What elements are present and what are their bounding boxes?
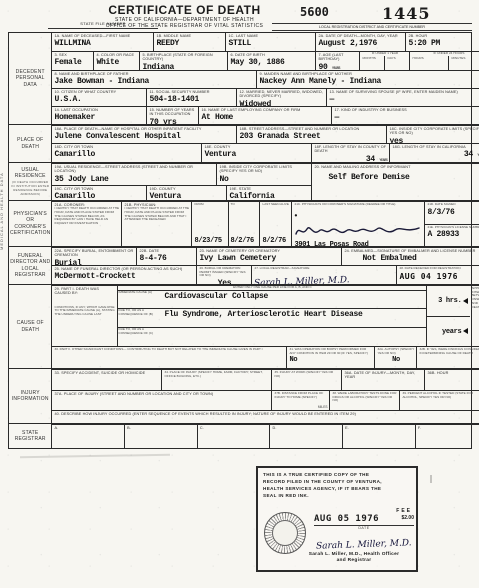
date-caption: DATE [314,526,414,530]
field-value: At Home [201,113,329,122]
local-district-number: 5600 [300,5,329,19]
cause-b-value: Flu Syndrome, Arteriosclerotic Heart Dis… [164,310,362,319]
field-value: Ventura [204,150,309,159]
field-label: 19E. STATE [229,187,309,191]
field-value: Camarillo [54,192,144,201]
field-operation: 31. WAS OPERATION OR BIOPSY PERFORMED FO… [287,347,375,368]
field-label: 26. BURIAL OR CREMATION PERMIT ISSUED (S… [199,267,249,278]
field-value: Burial [54,259,134,265]
certified-copy-stamp: THIS IS A TRUE CERTIFIED COPY OF THE REC… [256,466,418,572]
miles-unit: MILES [318,405,328,409]
field-burial-date: 22B. DATE 8-4-76 [137,248,197,265]
state-reg-cell-e: E. [343,425,416,448]
field-part2-conditions: 30. PART II. OTHER SIGNIFICANT CONDITION… [52,347,287,368]
field-label: 4. COLOR OR RACE [96,53,137,57]
field-value: Camarillo [54,150,199,159]
field-value: Nackey Ann Manely - Indiana [259,77,479,86]
residence-city-row: 19C. CITY OR TOWN Camarillo 19D. COUNTY … [52,186,311,202]
field-cemetery: 23. NAME OF CEMETERY OR CREMATORY Ivy La… [197,248,342,265]
field-label: 18D. CITY OR TOWN [54,145,199,149]
row-injury-describe: 40. DESCRIBE HOW INJURY OCCURRED (ENTER … [52,411,479,424]
field-value: McDermott-Crockett [54,272,194,281]
field-death-city: 18D. CITY OR TOWN Camarillo [52,144,202,162]
row-occupation: 14. LAST OCCUPATION Homemaker 15. NUMBER… [52,107,479,125]
cause-left-notes: 29. PART I. DEATH WAS CAUSED BY: CONDITI… [52,286,118,346]
field-label: 24. EMBALMED—SIGNATURE OF EMBALMER AND L… [344,249,479,253]
field-value: No [219,175,309,184]
coroner-certification-text: I CERTIFY THAT DEATH OCCURRED AT THE HOU… [54,207,119,226]
county-seal-inner [272,520,298,546]
field-autopsy: 32A. AUTOPSY (SPECIFY YES OR NO) No [375,347,417,368]
minutes-label: MINUTES [451,57,479,61]
interval-a: 3 hrs. [427,286,470,316]
field-value: 203 Granada Street [239,132,384,141]
field-residence-county: 19D. COUNTY Ventura [147,186,227,202]
field-label: 18E. COUNTY [204,145,309,149]
field-value: 8/2/76 [262,237,289,245]
age-unit: YEARS [332,66,340,70]
attended-dates: FROM 8/23/75 TO 8/2/76 LAST SEEN ALIVE 8… [192,202,292,246]
fee-label: FEE [396,508,412,514]
field-value: White [96,58,137,67]
due-to-label-b: DUE TO, OR AS A CONSEQUENCE OF (B) [118,309,164,316]
section-label-state-registrar: STATE REGISTRAR [9,424,51,448]
field-label: 18A. PLACE OF DEATH—NAME OF HOSPITAL OR … [54,127,234,131]
field-value: August 2,1976 [318,39,403,48]
cell-label: F. [418,426,479,430]
stamp-text-line: HEALTH SERVICES AGENCY, IF IT BEARS THE [263,486,411,493]
field-label: 11. SOCIAL SECURITY NUMBER [149,90,234,94]
field-alcohol-level: 39. PERCENT ALCOHOL IF TESTED (STATE FOR… [400,391,479,410]
field-label: 30. PART II. OTHER SIGNIFICANT CONDITION… [54,348,284,352]
field-label: 19A. USUAL RESIDENCE—STREET ADDRESS (STR… [54,165,214,174]
officer-line-2: and Registrar [292,558,416,564]
field-label: 16. NAME OF LAST EMPLOYING COMPANY OR FI… [201,108,329,112]
interval-note: APPROXIMATE INTERVAL BETWEEN ONSET AND D… [471,287,479,309]
field-label: 17. KIND OF INDUSTRY OR BUSINESS [334,108,479,112]
section-label-usual-residence: USUAL RESIDENCE (IF DEATH OCCURRED IN IN… [9,163,51,201]
physician-certification-text: I CERTIFY THAT DEATH OCCURRED AT THE HOU… [124,207,189,222]
field-label: 19B. INSIDE CITY CORPORATE LIMITS (SPECI… [219,165,309,174]
physician-signature: • [294,205,422,241]
field-injury-location: 37A. PLACE OF INJURY (STREET AND NUMBER … [52,391,272,410]
field-label: 28. DATE RECEIVED FOR REGISTRATION [399,267,479,271]
field-label: 27. LOCAL REGISTRAR—SIGNATURE [254,267,394,271]
field-place-of-death-street: 18B. STREET ADDRESS—STREET AND NUMBER OR… [237,126,387,143]
field-surviving-spouse: 13. NAME OF SURVIVING SPOUSE (IF WIFE, E… [327,89,479,106]
field-value: Widowed [239,100,324,106]
cell-label: A. [54,426,122,430]
field-value: Indiana [142,63,225,70]
cause-lines: ENTER ONLY ONE CAUSE PER LINE FOR A, B, … [118,286,426,346]
interval-column: 3 hrs. years [426,286,470,346]
immediate-cause-label: IMMEDIATE CAUSE (A) [118,291,164,295]
cause-line-a: IMMEDIATE CAUSE (A) Cardiovascular Colla… [118,291,426,310]
county-seal-icon [264,512,306,554]
field-injury-date: 36A. DATE OF INJURY—MONTH, DAY, YEAR [342,370,425,390]
certificate-number: 1445 [382,4,431,23]
residence-subgrid: 19A. USUAL RESIDENCE—STREET ADDRESS (STR… [52,164,312,200]
field-value: — [329,95,479,104]
field-value: No [289,356,372,364]
field-label: 36B. HOUR [427,371,479,375]
death-certificate-document: CERTIFICATE OF DEATH STATE OF CALIFORNIA… [0,0,479,588]
stamp-date-block: FEE $2.00 AUG 05 1976 DATE [314,514,414,530]
state-reg-cell-c: C. [198,425,271,448]
field-last-name: 1C. LAST NAME STILL [226,33,316,51]
field-value: 34 YEARS [392,150,479,159]
field-value: Julene Convalescent Hospital [54,132,234,141]
field-label: 18F. LENGTH OF STAY IN COUNTY OF DEATH [314,145,387,154]
cause-a-value: Cardiovascular Collapse [164,292,268,301]
field-label: TO [231,203,258,207]
field-stay-in-county: 18F. LENGTH OF STAY IN COUNTY OF DEATH 3… [312,144,390,162]
state-reg-cell-b: B. [125,425,198,448]
interval-b: years [427,316,470,347]
attended-dates-row: FROM 8/23/75 TO 8/2/76 LAST SEEN ALIVE 8… [192,202,291,246]
field-label: 15. NUMBER OF YEARS IN THIS OCCUPATION [149,108,196,117]
field-funeral-director: 25. NAME OF FUNERAL DIRECTOR (OR PERSON … [52,266,197,284]
field-age-under-24-hours: IF UNDER 24 HOURS HOURS MINUTES [410,52,479,70]
field-sex: 3. SEX Female [52,52,94,70]
field-registration-date: 28. DATE RECEIVED FOR REGISTRATION AUG 0… [397,266,479,284]
row-citizen-ssn: 10. CITIZEN OF WHAT COUNTRY U.S.A. 11. S… [52,89,479,107]
section-label-place-of-death: PLACE OF DEATH [9,125,51,163]
field-value: Not Embalmed [362,254,479,263]
section-sidebar: DECEDENT PERSONAL DATA PLACE OF DEATH US… [9,33,52,448]
photocopy-smudge [20,454,170,459]
field-label: 10. CITIZEN OF WHAT COUNTRY [54,90,144,94]
field-label: 33. SPECIFY ACCIDENT, SUICIDE OR HOMICID… [54,371,159,375]
row-burial: 22A. SPECIFY BURIAL, ENTOMBMENT OR CREMA… [52,247,479,266]
field-label: 23. NAME OF CEMETERY OR CREMATORY [199,249,339,253]
field-first-name: 1A. NAME OF DECEASED—FIRST NAME WILLMINA [52,33,154,51]
health-officer-caption: Sarah L. Miller, M.D., Health Officer an… [292,552,416,564]
field-value: 35 Jody Lane [54,175,214,184]
stamp-text-line: SEAL IN RED INK. [263,493,411,500]
local-registration-label: LOCAL REGISTRATION DISTRICT AND CERTIFIC… [272,23,472,31]
arrow-icon [463,328,468,334]
field-residence-state: 19E. STATE California [227,186,311,202]
field-hour-of-death: 2B. HOUR 5:20 PM [406,33,479,51]
signature-bullet-icon: • [294,211,297,220]
field-label: 2B. HOUR [408,34,479,38]
field-value: A 28933 [427,230,479,239]
cause-line-b: DUE TO, OR AS A CONSEQUENCE OF (B) Flu S… [118,309,426,328]
field-value: 504-18-1401 [149,95,234,104]
enter-note: ENTER ONLY ONE CAUSE PER LINE FOR A, B, … [118,286,426,290]
days-label: DAYS [387,57,407,61]
field-label: 18G. LENGTH OF STAY IN CALIFORNIA [392,145,479,149]
fee-amount: $2.00 [401,515,414,521]
field-label: 36A. DATE OF INJURY—MONTH, DAY, YEAR [344,371,422,380]
field-marital-status: 12. MARRIED, NEVER MARRIED, WIDOWED, DIV… [237,89,327,106]
field-label: FROM [194,203,225,207]
row-place-of-death: 18A. PLACE OF DEATH—NAME OF HOSPITAL OR … [52,125,479,144]
row-injury-2: 37A. PLACE OF INJURY (STREET AND NUMBER … [52,391,479,411]
stamp-text-line: RECORD FILED IN THE COUNTY OF VENTURA, [263,479,411,486]
field-label: 39. PERCENT ALCOHOL IF TESTED (STATE FOR… [402,392,479,399]
field-label: 20. NAME AND MAILING ADDRESS OF INFORMAN… [314,165,479,169]
field-attended-to: TO 8/2/76 [229,202,261,246]
field-permit: 26. BURIAL OR CREMATION PERMIT ISSUED (S… [197,266,252,284]
field-value: STILL [228,39,313,48]
field-label: 38. WERE LABORATORY TESTS DONE FOR DRUGS… [332,392,397,403]
row-demographics: 3. SEX Female 4. COLOR OR RACE White 5. … [52,52,479,71]
field-label: 1C. LAST NAME [228,34,313,38]
field-label: 14. LAST OCCUPATION [54,108,144,112]
field-label: 6. DATE OF BIRTH [230,53,313,57]
field-father: 8. NAME AND BIRTHPLACE OF FATHER Jake Bo… [52,71,257,88]
field-value: REEDY [156,39,223,48]
field-value: 8/3/76 [427,208,479,217]
cell-label: E. [345,426,413,430]
field-physician-certification: 21B. PHYSICIAN: I CERTIFY THAT DEATH OCC… [122,202,192,246]
field-value: 90 YEARS [318,63,357,70]
months-label: MONTHS [362,57,382,61]
state-reg-cell-a: A. [52,425,125,448]
field-label: 35. INJURY AT WORK (SPECIFY YES OR NO) [274,371,339,378]
conditions-note: CONDITIONS, IF ANY, WHICH GAVE RISE TO T… [54,306,115,317]
field-race: 4. COLOR OR RACE White [94,52,140,70]
field-value: U.S.A. [54,95,144,104]
field-describe-injury: 40. DESCRIBE HOW INJURY OCCURRED (ENTER … [52,411,479,423]
field-label: 19C. CITY OR TOWN [54,187,144,191]
cause-line-c: DUE TO, OR AS A CONSEQUENCE OF (C) [118,328,426,346]
interval-a-value: 3 hrs. [438,297,461,305]
due-to-label-c: DUE TO, OR AS A CONSEQUENCE OF (C) [118,328,164,335]
field-age-under-1-year: IF UNDER 1 YEAR MONTHS DAYS [360,52,410,70]
field-label: 2A. DATE OF DEATH—MONTH, DAY, YEAR [318,34,403,38]
residence-label-text: USUAL RESIDENCE [10,167,50,180]
field-ssn: 11. SOCIAL SECURITY NUMBER 504-18-1401 [147,89,237,106]
field-years-in-occupation: 15. NUMBER OF YEARS IN THIS OCCUPATION 7… [147,107,199,124]
certifier-address-line1: 3901 Las Posas Road [294,241,422,246]
field-inside-city-limits-death: 18C. INSIDE CITY CORPORATE LIMITS (SPECI… [387,126,479,143]
state-reg-cell-f: F. [416,425,479,448]
field-label: 18C. INSIDE CITY CORPORATE LIMITS (SPECI… [389,127,479,136]
signed-license-col: 21D. DATE SIGNED 8/3/76 21E. PHYSICIAN'S… [425,202,479,246]
row-funeral-director: 25. NAME OF FUNERAL DIRECTOR (OR PERSON … [52,266,479,285]
field-residence-city: 19C. CITY OR TOWN Camarillo [52,186,147,202]
field-value: 8-4-76 [139,254,194,263]
field-coroner-certification: 21A. CORONER: I CERTIFY THAT DEATH OCCUR… [52,202,122,246]
field-value: 34 YEARS [314,155,387,162]
section-label-injury-information: INJURY INFORMATION [9,369,51,424]
row-state-registrar: A. B. C. D. E. F. [52,424,479,448]
row-certification: 21A. CORONER: I CERTIFY THAT DEATH OCCUR… [52,201,479,247]
field-date-of-death: 2A. DATE OF DEATH—MONTH, DAY, YEAR Augus… [316,33,406,51]
section-label-funeral-director: FUNERAL DIRECTOR AND LOCAL REGISTRAR [9,247,51,285]
field-label: 8. NAME AND BIRTHPLACE OF FATHER [54,72,254,76]
signature-text: Sarah L. Miller, M.D. [316,538,412,551]
field-value: — [334,113,479,122]
field-label: 1B. MIDDLE NAME [156,34,223,38]
stamp-date: AUG 05 1976 [314,514,414,524]
under24-subcells: HOURS MINUTES [410,56,479,70]
field-label: 3. SEX [54,53,91,57]
hours-label: HOURS [412,57,446,61]
field-industry: 17. KIND OF INDUSTRY OR BUSINESS — [332,107,479,124]
field-label: 25. NAME OF FUNERAL DIRECTOR (OR PERSON … [54,267,194,271]
field-value: May 30, 1886 [230,58,313,67]
field-autopsy-findings-used: 32B. IF YES, WERE FINDINGS CONSIDERED IN… [417,347,479,368]
field-injury-at-work: 35. INJURY AT WORK (SPECIFY YES OR NO) [272,370,342,390]
field-local-registrar-signature: 27. LOCAL REGISTRAR—SIGNATURE Sarah L. M… [252,266,397,284]
row-place-of-death-city: 18D. CITY OR TOWN Camarillo 18E. COUNTY … [52,144,479,163]
field-label: LAST SEEN ALIVE [262,203,289,207]
field-employer: 16. NAME OF LAST EMPLOYING COMPANY OR FI… [199,107,332,124]
field-label: 19D. COUNTY [149,187,224,191]
certificate-form: DECEDENT PERSONAL DATA PLACE OF DEATH US… [8,32,472,449]
signature-scrawl-icon [294,223,422,239]
field-residence-street: 19A. USUAL RESIDENCE—STREET ADDRESS (STR… [52,164,217,185]
field-value: WILLMINA [54,39,151,48]
field-certifier-signature: 21C. PHYSICIAN'S OR CORONER'S SIGNATURE … [292,202,425,246]
row-injury-1: 33. SPECIFY ACCIDENT, SUICIDE OR HOMICID… [52,369,479,391]
section-label-cause-of-death: CAUSE OF DEATH [9,285,51,369]
field-embalmed: 24. EMBALMED—SIGNATURE OF EMBALMER AND L… [342,248,479,265]
field-label: 21D. DATE SIGNED [427,203,479,207]
field-label: 21E. PHYSICIAN'S LICENSE NUMBER [427,226,479,230]
cell-label: B. [127,426,195,430]
registrar-signature: Sarah L. Miller, M.D. [254,275,350,284]
field-label: 22B. DATE [139,249,194,253]
row-cause-part2: 30. PART II. OTHER SIGNIFICANT CONDITION… [52,347,479,369]
field-value: yes [389,137,479,143]
field-label: 40. DESCRIBE HOW INJURY OCCURRED (ENTER … [54,412,479,416]
field-value: Female [54,58,91,67]
row-name: 1A. NAME OF DECEASED—FIRST NAME WILLMINA… [52,33,479,52]
field-inside-city-limits-residence: 19B. INSIDE CITY CORPORATE LIMITS (SPECI… [217,164,311,185]
field-label: 37A. PLACE OF INJURY (STREET AND NUMBER … [54,392,269,396]
field-label: 32B. IF YES, WERE FINDINGS CONSIDERED IN… [419,348,479,355]
field-label: 37B. DISTANCE FROM PLACE OF INJURY TO HO… [274,392,327,399]
health-officer-signature: Sarah L. Miller, M.D. [316,534,412,552]
field-place-of-death-name: 18A. PLACE OF DEATH—NAME OF HOSPITAL OR … [52,126,237,143]
field-license-number: 21E. PHYSICIAN'S LICENSE NUMBER A 28933 [425,224,479,247]
field-attended-from: FROM 8/23/75 [192,202,228,246]
field-injury-place-type: 34. PLACE OF INJURY (SPECIFY HOME, FARM,… [162,370,272,390]
edge-vertical-text: MEDICAL AND HEALTH DATA [0,172,4,250]
stay-unit: YEARS [379,158,387,162]
field-value: Ventura [149,192,224,201]
field-value: 8/23/75 [194,237,225,245]
row-residence: 19A. USUAL RESIDENCE—STREET ADDRESS (STR… [52,163,479,201]
field-label: 1A. NAME OF DECEASED—FIRST NAME [54,34,151,38]
field-label: 18B. STREET ADDRESS—STREET AND NUMBER OR… [239,127,384,131]
field-label: 32A. AUTOPSY (SPECIFY YES OR NO) [377,348,414,355]
field-value: California [229,192,309,201]
field-value: Self Before Demise [328,173,479,182]
cell-label: D. [272,426,340,430]
field-accident-type: 33. SPECIFY ACCIDENT, SUICIDE OR HOMICID… [52,370,162,390]
field-injury-hour: 36B. HOUR [425,370,479,390]
field-date-signed: 21D. DATE SIGNED 8/3/76 [425,202,479,224]
field-value: 70 yrs [149,118,196,124]
field-citizen: 10. CITIZEN OF WHAT COUNTRY U.S.A. [52,89,147,106]
field-last-seen-alive: LAST SEEN ALIVE 8/2/76 [260,202,291,246]
field-label: 34. PLACE OF INJURY (SPECIFY HOME, FARM,… [164,371,269,378]
row-cause-part1: 29. PART I. DEATH WAS CAUSED BY: CONDITI… [52,285,479,347]
form-fields: 1A. NAME OF DECEASED—FIRST NAME WILLMINA… [52,33,479,448]
arrow-icon [463,298,468,304]
field-label: 7. AGE (LAST BIRTHDAY) [318,53,357,62]
field-stay-in-california: 18G. LENGTH OF STAY IN CALIFORNIA 34 YEA… [390,144,479,162]
state-reg-cell-d: D. [270,425,343,448]
section-label-decedent: DECEDENT PERSONAL DATA [9,33,51,125]
field-value: Homemaker [54,113,144,122]
field-label: 13. NAME OF SURVIVING SPOUSE (IF WIFE, E… [329,90,479,94]
residence-label-note: (IF DEATH OCCURRED IN INSTITUTION ENTER … [10,181,50,196]
field-value: Yes [199,279,249,284]
field-label: 9. MAIDEN NAME AND BIRTHPLACE OF MOTHER [259,72,479,76]
photocopy-smudge [430,475,432,483]
field-burial-type: 22A. SPECIFY BURIAL, ENTOMBMENT OR CREMA… [52,248,137,265]
field-value: 5:20 PM [408,39,479,48]
field-label: 22A. SPECIFY BURIAL, ENTOMBMENT OR CREMA… [54,249,134,258]
stamp-text-line: THIS IS A TRUE CERTIFIED COPY OF THE [263,472,411,479]
field-birthplace: 5. BIRTHPLACE (STATE OR FOREIGN COUNTRY)… [140,52,228,70]
field-mother: 9. MAIDEN NAME AND BIRTHPLACE OF MOTHER … [257,71,479,88]
field-injury-distance: 37B. DISTANCE FROM PLACE OF INJURY TO HO… [272,391,330,410]
field-label: 31. WAS OPERATION OR BIOPSY PERFORMED FO… [289,348,372,355]
field-informant: 20. NAME AND MAILING ADDRESS OF INFORMAN… [312,164,479,200]
field-value: No [377,356,414,364]
field-value: 8/2/76 [231,237,258,245]
field-death-county: 18E. COUNTY Ventura [202,144,312,162]
field-lab-tests: 38. WERE LABORATORY TESTS DONE FOR DRUGS… [330,391,400,410]
interval-b-value: years [442,328,462,336]
field-date-of-birth: 6. DATE OF BIRTH May 30, 1886 [228,52,316,70]
field-occupation: 14. LAST OCCUPATION Homemaker [52,107,147,124]
state-file-number-label: STATE FILE NUMBER [48,21,158,29]
section-label-physician-certification: PHYSICIAN'S OR CORONER'S CERTIFICATION [9,201,51,247]
field-value: Ivy Lawn Cemetery [199,254,339,263]
part1-label: 29. PART I. DEATH WAS CAUSED BY: [54,287,115,296]
residence-street-row: 19A. USUAL RESIDENCE—STREET ADDRESS (STR… [52,164,311,186]
interval-note-column: APPROXIMATE INTERVAL BETWEEN ONSET AND D… [470,286,479,346]
under1-subcells: MONTHS DAYS [360,56,409,70]
field-label: 5. BIRTHPLACE (STATE OR FOREIGN COUNTRY) [142,53,225,62]
field-middle-name: 1B. MIDDLE NAME REEDY [154,33,226,51]
field-value: Jake Bowman - Indiana [54,77,254,86]
cell-label: C. [200,426,268,430]
field-value: AUG 04 1976 [399,272,479,281]
row-parents: 8. NAME AND BIRTHPLACE OF FATHER Jake Bo… [52,71,479,89]
field-age: 7. AGE (LAST BIRTHDAY) 90 YEARS [316,52,360,70]
field-label: 12. MARRIED, NEVER MARRIED, WIDOWED, DIV… [239,90,324,99]
